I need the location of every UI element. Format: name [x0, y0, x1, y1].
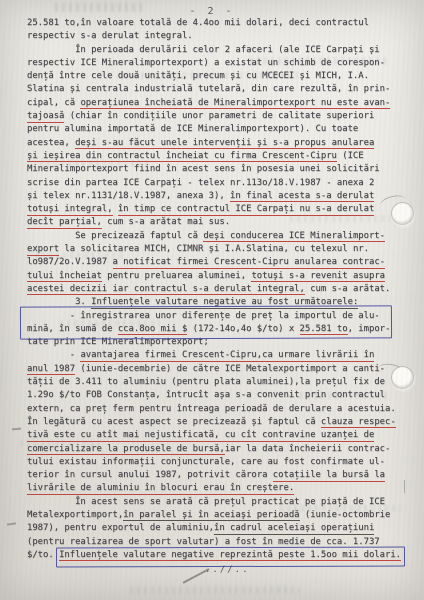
- text-segment: -: [27, 350, 80, 360]
- document-line: scrise din partea ICE Carpați - telex nr…: [27, 177, 412, 190]
- continuation-mark: ..//..: [205, 565, 250, 575]
- margin-dash: [7, 522, 16, 525]
- underlined-text-segment: tului încheiat: [27, 271, 102, 283]
- document-line: Metalexportimport,în paralel și în aceia…: [27, 509, 412, 522]
- text-segment: 3.: [27, 297, 91, 307]
- margin-tick: [404, 480, 405, 493]
- text-segment: pentru alumina importată de ICE Minerali…: [27, 124, 358, 134]
- underlined-text-segment: a notificat firmei Crescent-Cipru anular…: [113, 257, 386, 269]
- document-line: - înregistrarea unor diferențe de preț l…: [27, 310, 412, 323]
- document-line: anul 1987 (iunie-decembrie) de către ICE…: [27, 363, 412, 376]
- document-line: tății de 3.411 to aluminiu (pentru plata…: [27, 376, 412, 389]
- document-line: acestei decizii iar contractul s-a derul…: [27, 283, 412, 296]
- scanned-document-page: - 2 - 25.581 to,în valoare totală de 4.4…: [0, 0, 424, 600]
- text-segment: tului existau informații conjuncturale, …: [27, 457, 385, 467]
- document-line: și ieșirea din contractul încheiat cu fi…: [27, 150, 412, 163]
- text-segment: , impor-: [348, 324, 391, 334]
- underlined-text-segment: totuși integral,: [27, 204, 113, 216]
- document-line: tajoasă (chiar în condițiile unor parame…: [27, 110, 412, 123]
- document-line: Slatina și centrala industrială tutelară…: [27, 83, 412, 96]
- underlined-text-segment: Influențele valutare negative reprezintă…: [59, 550, 401, 562]
- text-segment: (pentru realizarea de sport valutar) a f…: [27, 537, 380, 547]
- bleedthrough-smudge: [130, 586, 300, 594]
- underlined-text-segment: avantajarea firmei Crescent-Cipru,ca urm…: [80, 350, 374, 362]
- text-segment: cum s-a arătat.: [305, 284, 391, 294]
- text-segment: iar la data încheierii contrac-: [225, 444, 391, 454]
- page-number: - 2 -: [0, 6, 424, 17]
- text-segment: și telex nr.1131/18.V.1987, anexa 3),: [27, 191, 230, 201]
- document-line: extern, ca preț ferm pentru întreaga per…: [27, 403, 412, 416]
- document-line: totuși integral, în timp ce contractul I…: [27, 203, 412, 216]
- document-line: $/to. Influențele valutare negative repr…: [27, 549, 412, 562]
- document-line: respectiv s-a derulat integral.: [27, 30, 412, 43]
- document-line: În legătură cu acest aspect se precizeaz…: [27, 416, 412, 429]
- underlined-text-segment: export: [27, 244, 59, 256]
- underlined-text-segment: în final acesta s-a derulat: [230, 191, 374, 203]
- underlined-text-segment: 25.581 to: [300, 324, 348, 336]
- document-line: pentru alumina importată de ICE Minerali…: [27, 123, 412, 136]
- underlined-text-segment: anul 1987: [27, 364, 75, 376]
- text-segment: În acest sens se arată că prețul practic…: [27, 497, 385, 507]
- text-segment: 1.29o $/to FOB Constanța, întrucît așa s…: [27, 390, 385, 400]
- underlined-text-segment: deși conducerea ICE Mineralimport-: [203, 231, 385, 243]
- document-line: tate prin ICE Mineralimportexport;: [27, 336, 412, 349]
- text-segment: tate prin ICE Mineralimportexport;: [27, 337, 209, 347]
- text-segment: Slatina și centrala industrială tutelară…: [27, 84, 390, 94]
- underlined-text-segment: acestei decizii iar contractul s-a derul…: [27, 284, 305, 296]
- document-line: În perioada derulării celor 2 afaceri (a…: [27, 44, 412, 57]
- document-line: acestea, deși s-au făcut unele intervenț…: [27, 137, 412, 150]
- text-segment: respectiv ICE Mineralimportexport) a exi…: [27, 58, 385, 68]
- document-line: cipal, că operațiunea încheiată de Miner…: [27, 97, 412, 110]
- document-line: export la solicitarea MICH, CIMNR și I.A…: [27, 243, 412, 256]
- underlined-text-segment: în paralel și în aceiași perioadă: [123, 510, 299, 522]
- underlined-text-segment: tivă este cu atît mai nejustificată, cu …: [27, 430, 374, 442]
- text-segment: pentru preluarea aluminei,: [102, 271, 252, 281]
- document-line: tivă este cu atît mai nejustificată, cu …: [27, 429, 412, 442]
- text-segment: lo987/2o.V.1987: [27, 257, 113, 267]
- text-segment: Mineralimportexport fiind în acest sens …: [27, 164, 380, 174]
- document-line: Se precizează faptul că deși conducerea …: [27, 230, 412, 243]
- document-line: lo987/2o.V.1987 a notificat firmei Cresc…: [27, 256, 412, 269]
- text-segment: terior în cursul anului 1987, potrivit c…: [27, 470, 273, 480]
- text-segment: Metalexportimport,: [27, 510, 123, 520]
- underlined-text-segment: livrările de aluminiu în blocuri erau în…: [27, 483, 294, 495]
- underlined-text-segment: și ieșirea din contractul încheiat cu fi…: [27, 151, 337, 163]
- document-line: comercializare la produsele de bursă,iar…: [27, 443, 412, 456]
- document-line: tului existau informații conjuncturale, …: [27, 456, 412, 469]
- text-segment: la solicitarea MICH, CIMNR și I.A.Slatin…: [59, 244, 369, 254]
- underlined-text-segment: cotațiile la bursă la: [273, 470, 385, 482]
- document-line: respectiv ICE Mineralimportexport) a exi…: [27, 57, 412, 70]
- text-segment: acestea,: [27, 138, 75, 148]
- text-segment: tății de 3.411 to aluminiu (pentru plata…: [27, 377, 385, 387]
- text-segment: respectiv s-a derulat integral.: [27, 31, 193, 41]
- document-line: mină, în sumă de cca.8oo mii $ (172-14o,…: [27, 323, 412, 336]
- underlined-text-segment: decît parțial,: [27, 217, 102, 229]
- text-segment: cum s-a arătat mai sus.: [102, 217, 230, 227]
- underlined-text-segment: cca.8oo mii $: [118, 324, 187, 336]
- punch-hole: [392, 367, 413, 388]
- document-line: 1987), pentru exportul de aluminiu,în ca…: [27, 522, 412, 535]
- text-segment: În legătură cu acest aspect se precizeaz…: [27, 417, 321, 427]
- text-segment: mină, în sumă de: [27, 324, 118, 334]
- text-segment: În perioada derulării celor 2 afaceri (a…: [27, 45, 380, 55]
- document-line: 25.581 to,în valoare totală de 4.4oo mii…: [27, 17, 412, 30]
- underlined-text-segment: în cadrul aceleiași operațiuni: [214, 523, 374, 535]
- text-segment: $/to.: [27, 550, 59, 560]
- text-segment: (iunie-octombrie: [300, 510, 391, 520]
- text-segment: cipal, că: [27, 98, 80, 108]
- document-line: tului încheiat pentru preluarea aluminei…: [27, 270, 412, 283]
- underlined-text-segment: clauza respec-: [321, 417, 396, 429]
- document-line: terior în cursul anului 1987, potrivit c…: [27, 469, 412, 482]
- document-line: decît parțial, cum s-a arătat mai sus.: [27, 216, 412, 229]
- document-line: 1.29o $/to FOB Constanța, întrucît așa s…: [27, 389, 412, 402]
- punch-hole: [392, 203, 413, 224]
- document-line: livrările de aluminiu în blocuri erau în…: [27, 482, 412, 495]
- underlined-text-segment: operațiunea încheiată de Mineralimportex…: [80, 98, 390, 110]
- underlined-text-segment: Influențele valutare negative au fost ur…: [91, 297, 358, 309]
- text-segment: - înregistrarea unor diferențe de preț l…: [27, 311, 380, 321]
- document-line: În acest sens se arată că prețul practic…: [27, 496, 412, 509]
- margin-dash: [12, 428, 21, 430]
- text-segment: (iunie-decembrie) de către ICE Metalexpo…: [75, 364, 385, 374]
- underlined-text-segment: tajoasă: [27, 111, 64, 123]
- underlined-text-segment: deși s-au făcut unele intervenții și s-a…: [75, 138, 374, 150]
- text-segment: Se precizează faptul că: [27, 231, 203, 241]
- text-segment: (172-14o,4o $/to) x: [187, 324, 299, 334]
- text-segment: (ICE: [337, 151, 364, 161]
- text-segment: 25.581 to,în valoare totală de 4.4oo mii…: [27, 18, 369, 28]
- text-segment: extern, ca preț ferm pentru întreaga per…: [27, 404, 396, 414]
- document-line: (pentru realizarea de sport valutar) a f…: [27, 536, 412, 549]
- text-segment: (chiar în condițiile unor parametri de c…: [64, 111, 374, 121]
- document-line: și telex nr.1131/18.V.1987, anexa 3), în…: [27, 190, 412, 203]
- underlined-text-segment: comercializare la produsele de bursă,: [27, 444, 225, 456]
- document-line: - avantajarea firmei Crescent-Cipru,ca u…: [27, 349, 412, 362]
- document-line: dență între cele două unități, precum și…: [27, 70, 412, 83]
- text-segment: 1987), pentru exportul de aluminiu,: [27, 523, 214, 533]
- text-segment: scrise din partea ICE Carpați - telex nr…: [27, 178, 374, 188]
- underlined-text-segment: totuși s-a revenit asupra: [251, 271, 385, 283]
- text-segment: dență între cele două unități, precum și…: [27, 71, 369, 81]
- document-body: 25.581 to,în valoare totală de 4.4oo mii…: [27, 17, 412, 562]
- underlined-text-segment: în timp ce contractul ICE Carpați nu s-a…: [118, 204, 374, 216]
- document-line: Mineralimportexport fiind în acest sens …: [27, 163, 412, 176]
- document-line: 3. Influențele valutare negative au fost…: [27, 296, 412, 309]
